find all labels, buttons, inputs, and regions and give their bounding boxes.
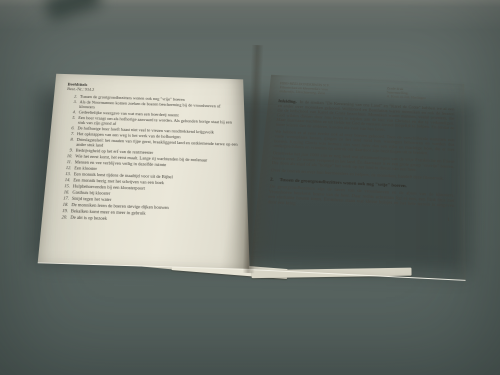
- frame-caption-text: De abt is op bezoek: [70, 215, 107, 221]
- photo-of-open-booklet: Beeldtitels Best.-Nr.: 934.2 2.Tussen de…: [0, 0, 500, 375]
- frame-number: 7.: [63, 131, 74, 136]
- frame-number: 3.: [66, 100, 77, 105]
- right-page-content: FIBO-BEELDONDERWIJS N.V.Filmstroken en k…: [250, 75, 466, 280]
- frame-number: 13.: [59, 171, 71, 177]
- frame-caption-text: Gasthuis bij klooster: [72, 190, 110, 196]
- frame-number: 15.: [58, 184, 70, 190]
- frame-number: 16.: [58, 190, 70, 196]
- frame-number: 19.: [56, 208, 68, 214]
- intro-paragraphs: We hebben er al eens eerder ook al over …: [271, 129, 455, 182]
- open-booklet: Beeldtitels Best.-Nr.: 934.2 2.Tussen de…: [23, 35, 476, 291]
- frame-number: 11.: [60, 160, 72, 165]
- frame-number: 6.: [64, 126, 75, 131]
- frame-number: 10.: [61, 154, 73, 159]
- desk-smudge: [44, 0, 103, 23]
- frame-number: 8.: [62, 137, 73, 142]
- frame-caption-list: 2.Tussen de grootgrondbezitters wonen oo…: [56, 94, 241, 226]
- frame-number: 5.: [64, 115, 75, 120]
- frame-caption-text: Een klooster: [74, 166, 97, 171]
- page-header: FIBO-BEELDONDERWIJS N.V.Filmstroken en k…: [279, 82, 454, 102]
- frame-number: 14.: [59, 177, 71, 183]
- right-page: FIBO-BEELDONDERWIJS N.V.Filmstroken en k…: [250, 75, 466, 280]
- frame-number: 17.: [57, 196, 69, 202]
- frame-number: 2.: [66, 94, 77, 99]
- frame-number: 12.: [60, 165, 72, 170]
- frame-number: 9.: [62, 148, 74, 153]
- section-number: 2.: [270, 177, 277, 183]
- frame-number: 4.: [65, 110, 76, 115]
- frame-caption-text: Strijd tegen het water: [72, 196, 112, 202]
- frame-number: 20.: [56, 215, 68, 221]
- publisher-block: FIBO-BEELDONDERWIJS N.V.Filmstroken en k…: [279, 82, 379, 99]
- left-page: Beeldtitels Best.-Nr.: 934.2 2.Tussen de…: [38, 74, 250, 269]
- frame-number: 18.: [57, 202, 69, 208]
- edition-block: Zesde drukSamenstelling:A. Kruit en Joh.…: [386, 87, 454, 102]
- intro-lead-text: In de stroken "De Kerstening van ons Lan…: [276, 100, 455, 132]
- left-page-content: Beeldtitels Best.-Nr.: 934.2 2.Tussen de…: [38, 74, 250, 269]
